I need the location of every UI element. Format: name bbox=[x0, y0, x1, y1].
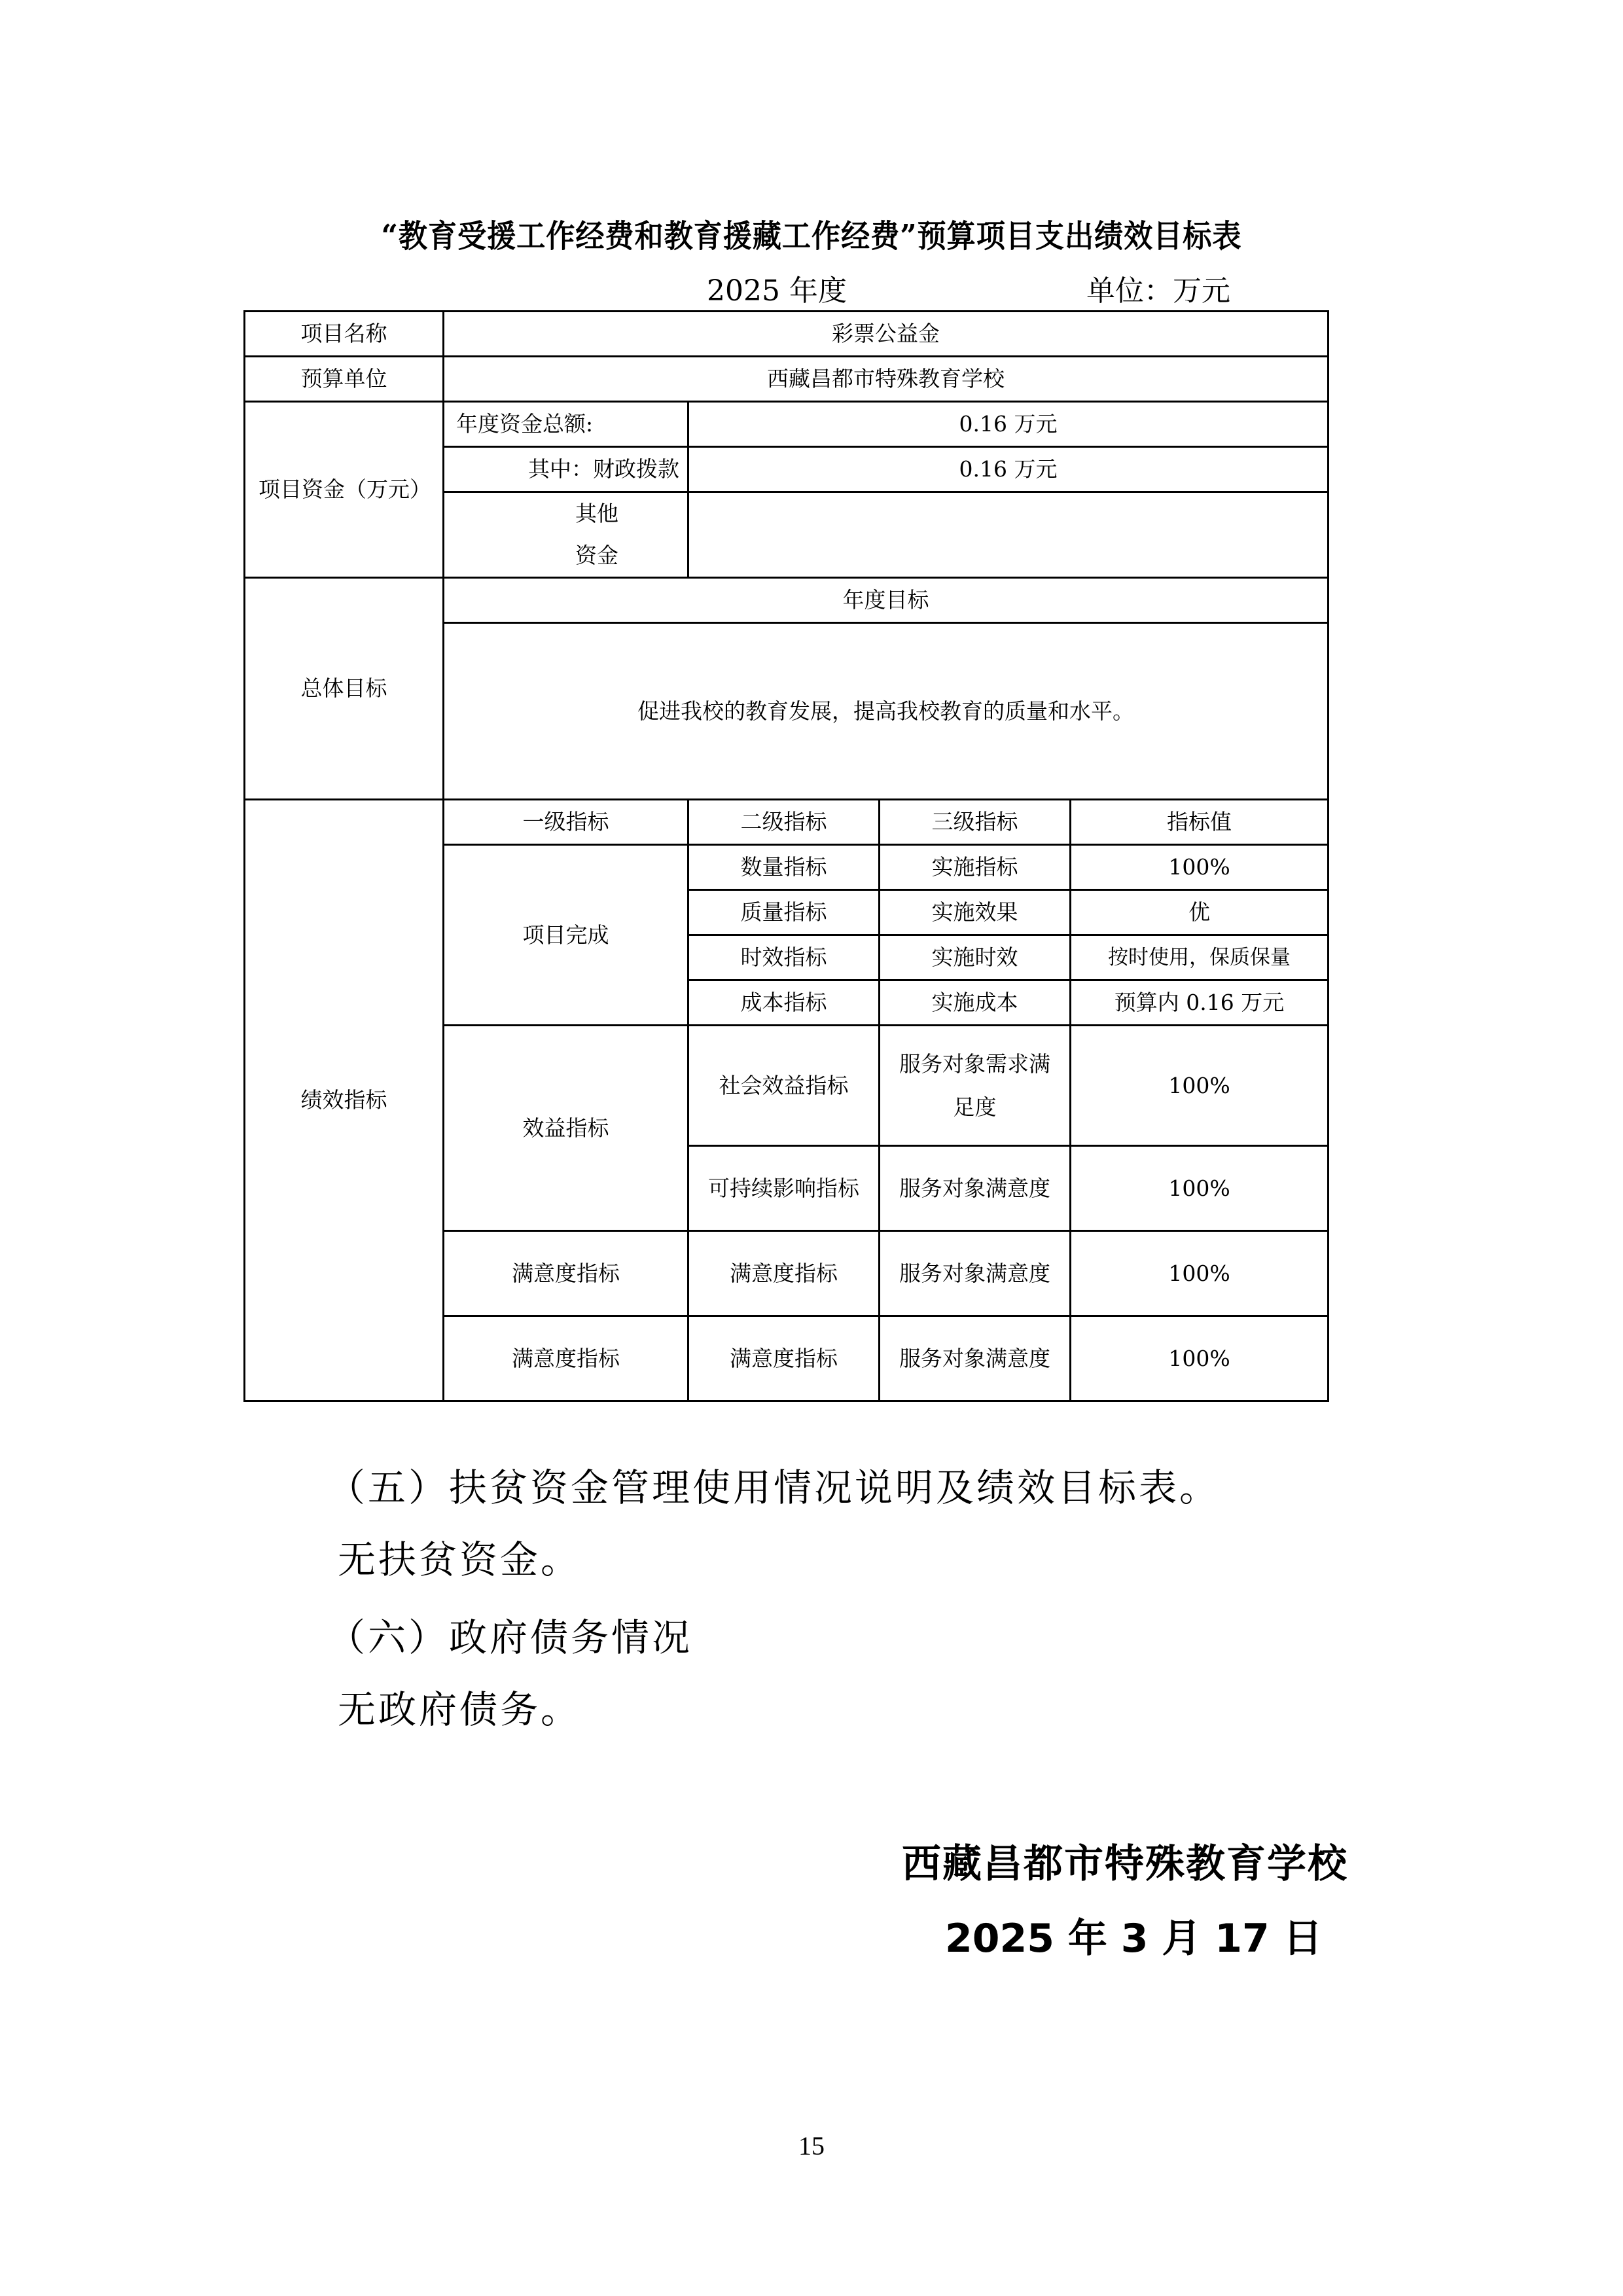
value-cell: 按时使用，保质保量 bbox=[1071, 935, 1329, 980]
row-indicator-headers: 绩效指标 一级指标 二级指标 三级指标 指标值 bbox=[245, 800, 1329, 845]
level3-cell: 服务对象满意度 bbox=[880, 1231, 1071, 1316]
section-heading-poverty-funds: （五）扶贫资金管理使用情况说明及绩效目标表。 bbox=[327, 1457, 1220, 1512]
level1-benefit: 效益指标 bbox=[444, 1026, 688, 1231]
header-level3: 三级指标 bbox=[880, 800, 1071, 845]
value-cell: 100% bbox=[1071, 1316, 1329, 1401]
fiscal-year: 2025 年度 bbox=[707, 267, 847, 309]
level1-satisfaction: 满意度指标 bbox=[444, 1316, 688, 1401]
value-cell: 优 bbox=[1071, 890, 1329, 935]
funds-label: 项目资金（万元） bbox=[245, 402, 444, 578]
section-body-government-debt: 无政府债务。 bbox=[338, 1679, 581, 1734]
funds-fiscal-value: 0.16 万元 bbox=[688, 447, 1329, 492]
level3-cell: 服务对象需求满足度 bbox=[880, 1026, 1071, 1146]
level2-cell: 可持续影响指标 bbox=[688, 1146, 880, 1231]
row-project-name: 项目名称 彩票公益金 bbox=[245, 312, 1329, 357]
funds-other-label: 其他资金 bbox=[444, 492, 688, 578]
annual-goal-header: 年度目标 bbox=[444, 578, 1329, 623]
header-value: 指标值 bbox=[1071, 800, 1329, 845]
funds-total-value: 0.16 万元 bbox=[688, 402, 1329, 447]
value-cell: 100% bbox=[1071, 1026, 1329, 1146]
level3-cell: 实施成本 bbox=[880, 980, 1071, 1026]
level3-cell: 实施指标 bbox=[880, 845, 1071, 890]
funds-total-label: 年度资金总额: bbox=[444, 402, 688, 447]
performance-label: 绩效指标 bbox=[245, 800, 444, 1401]
level3-cell: 实施效果 bbox=[880, 890, 1071, 935]
value-cell: 预算内 0.16 万元 bbox=[1071, 980, 1329, 1026]
level3-cell: 服务对象满意度 bbox=[880, 1146, 1071, 1231]
document-title: “教育受援工作经费和教育援藏工作经费”预算项目支出绩效目标表 bbox=[65, 211, 1558, 256]
level2-cell: 满意度指标 bbox=[688, 1231, 880, 1316]
level2-cell: 成本指标 bbox=[688, 980, 880, 1026]
level1-satisfaction: 满意度指标 bbox=[444, 1231, 688, 1316]
level2-cell: 社会效益指标 bbox=[688, 1026, 880, 1146]
project-name-value: 彩票公益金 bbox=[444, 312, 1329, 357]
budget-unit-label: 预算单位 bbox=[245, 357, 444, 402]
level3-cell: 服务对象满意度 bbox=[880, 1316, 1071, 1401]
unit-label: 单位：万元 bbox=[1086, 267, 1230, 309]
value-cell: 100% bbox=[1071, 1231, 1329, 1316]
row-goal-header: 总体目标 年度目标 bbox=[245, 578, 1329, 623]
funds-other-value bbox=[688, 492, 1329, 578]
signature-organization: 西藏昌都市特殊教育学校 bbox=[902, 1833, 1348, 1889]
row-funds-total: 项目资金（万元） 年度资金总额: 0.16 万元 bbox=[245, 402, 1329, 447]
row-budget-unit: 预算单位 西藏昌都市特殊教育学校 bbox=[245, 357, 1329, 402]
level2-cell: 数量指标 bbox=[688, 845, 880, 890]
value-cell: 100% bbox=[1071, 845, 1329, 890]
level3-cell: 实施时效 bbox=[880, 935, 1071, 980]
level1-project-completion: 项目完成 bbox=[444, 845, 688, 1026]
funds-fiscal-label: 其中：财政拨款 bbox=[444, 447, 688, 492]
annual-goal-text: 促进我校的教育发展，提高我校教育的质量和水平。 bbox=[444, 623, 1329, 800]
level2-cell: 质量指标 bbox=[688, 890, 880, 935]
section-body-poverty-funds: 无扶贫资金。 bbox=[338, 1529, 581, 1584]
project-name-label: 项目名称 bbox=[245, 312, 444, 357]
value-cell: 100% bbox=[1071, 1146, 1329, 1231]
header-level1: 一级指标 bbox=[444, 800, 688, 845]
page-number: 15 bbox=[0, 2130, 1623, 2161]
header-level2: 二级指标 bbox=[688, 800, 880, 845]
overall-goal-label: 总体目标 bbox=[245, 578, 444, 800]
level2-cell: 满意度指标 bbox=[688, 1316, 880, 1401]
level2-cell: 时效指标 bbox=[688, 935, 880, 980]
performance-goal-table: 项目名称 彩票公益金 预算单位 西藏昌都市特殊教育学校 项目资金（万元） 年度资… bbox=[243, 310, 1329, 1402]
section-heading-government-debt: （六）政府债务情况 bbox=[327, 1607, 692, 1662]
budget-unit-value: 西藏昌都市特殊教育学校 bbox=[444, 357, 1329, 402]
signature-date: 2025 年 3 月 17 日 bbox=[945, 1907, 1323, 1964]
